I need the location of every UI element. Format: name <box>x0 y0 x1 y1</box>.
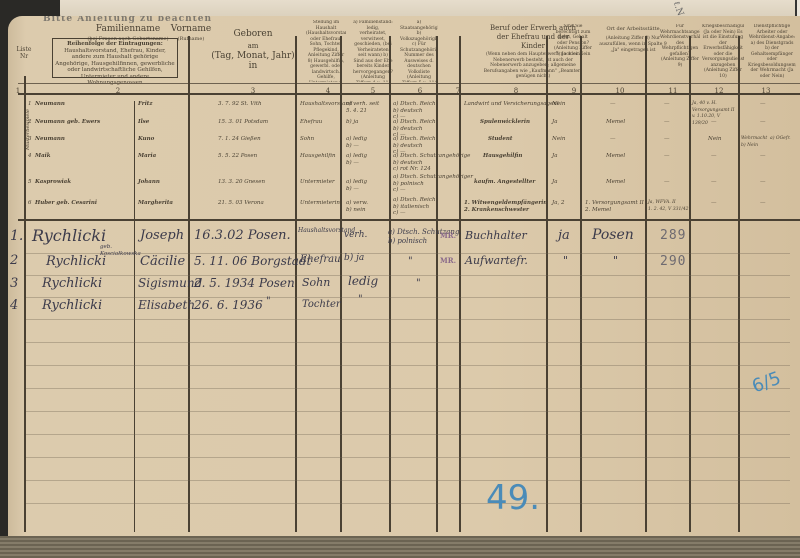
example-c5: b) ja <box>346 119 358 126</box>
header-divider <box>18 83 800 84</box>
ruled-line <box>26 457 790 458</box>
entry-role: Haushaltsvorstand <box>298 227 340 234</box>
header-geboren-in: in <box>223 61 283 72</box>
example-c8: Spulenwicklerin <box>480 119 530 126</box>
example-first: Ilse <box>138 119 149 126</box>
ruled-line <box>26 411 790 412</box>
example-c10: Memel <box>606 179 625 186</box>
entry-c5: verh. <box>344 230 367 240</box>
example-c11: — <box>664 119 670 126</box>
example-role: Ehefrau <box>300 119 322 126</box>
example-c9: Ja <box>552 179 557 186</box>
example-c10: — <box>610 136 616 143</box>
example-surname: Maik <box>35 153 51 160</box>
ruled-line <box>26 342 790 343</box>
entry-c9: " <box>563 254 568 267</box>
header-vorname-sub: (Rufname) <box>166 36 216 43</box>
entry-first: Joseph <box>140 228 184 243</box>
example-born: 13. 3. 20 Gnesen <box>218 179 265 186</box>
example-c9: Ja, 2 <box>552 200 564 207</box>
examples-side-label: Musterbeispiele <box>25 109 31 150</box>
entry-c5: b) ja <box>344 253 364 263</box>
entry-c9: ja <box>558 228 570 243</box>
header-lohn: Sind Sie berechtigt zum Lohn, Gehalt ode… <box>553 24 593 79</box>
entry-born-ditto: " <box>266 296 271 307</box>
example-c5: a) ledig b) — <box>346 179 367 192</box>
example-c10: Memel <box>606 119 625 126</box>
example-c5: a) verh. seit 5. 4. 21 <box>346 101 379 114</box>
example-c11: — <box>664 179 670 186</box>
colnum-11: 11 <box>663 87 683 95</box>
example-c9: Ja <box>552 153 557 160</box>
entry-nr: 2 <box>10 253 18 268</box>
page-number-mark: 49. <box>486 478 540 518</box>
example-first: Margherita <box>138 200 173 207</box>
example-c11: Ja, WFVA. II 1. 2. 42, V 331/42 <box>648 200 689 213</box>
example-role: Haushaltsvorstand <box>300 101 352 108</box>
entry-surname: Rychlicki <box>42 298 102 313</box>
example-c9: Nein <box>552 136 565 143</box>
header-wehrmacht: Für Wehrmachtsangehörige: Wehrdienstverh… <box>660 24 700 79</box>
example-c10: — <box>610 101 616 108</box>
example-c11: — <box>664 101 670 108</box>
entry-surname: Rychlicki <box>32 226 106 245</box>
example-c8: Landwirt und Versicherungsagent <box>464 101 559 108</box>
entry-c10: " <box>613 254 618 267</box>
colnum-12: 12 <box>709 87 729 95</box>
colnum-10: 10 <box>610 87 630 95</box>
margin-pencil-mark: 6/5 <box>749 368 783 398</box>
example-c10: 1. Versorgungsamt II 2. Memel <box>585 200 644 213</box>
example-c6: a) Dtsch. Reich b) deutsch c) — <box>393 101 436 121</box>
entry-nr: 4 <box>10 298 18 313</box>
example-c13: — <box>760 153 766 160</box>
example-role: Untermieterin <box>300 200 340 207</box>
example-role: Untermieter <box>300 179 335 186</box>
example-first: Fritz <box>138 101 152 108</box>
ruled-line <box>26 503 790 504</box>
header-vorname: Vorname <box>166 24 216 35</box>
example-born: 5. 5. 22 Posen <box>218 153 257 160</box>
example-nr: 5 <box>28 179 32 186</box>
example-c9: Nein <box>552 101 565 108</box>
example-surname: Neumann geb. Ewers <box>35 119 100 126</box>
entry-c5: " <box>358 294 363 305</box>
entry-surname: Rychlicki <box>42 276 102 291</box>
example-c13: — <box>760 119 766 126</box>
entry-role: Sohn <box>302 276 330 289</box>
colnum-7: 7 <box>448 87 468 95</box>
entry-born: 2. 5. 1934 Posen <box>194 276 295 290</box>
page-stack-edge <box>0 536 800 558</box>
title-strip: Bitte Anleitung zu beachten <box>43 16 212 24</box>
example-c5: a) verw. b) nein <box>346 200 368 213</box>
entry-mr-stamp: MR. <box>440 256 456 265</box>
entry-born: 26. 6. 1936 <box>194 298 263 312</box>
census-register-page: Bitte Anleitung zu beachten Liste Nr Fam… <box>8 16 800 542</box>
example-c6: a) Dtsch. Schutzangehöriger b) polnisch … <box>393 174 473 194</box>
example-role: Hausgehilfin <box>300 153 336 160</box>
header-order-box: Reihenfolge der Eintragungen: Haushaltsv… <box>52 38 178 78</box>
entry-first: Elisabeth <box>138 298 195 312</box>
example-c11: — <box>664 136 670 143</box>
example-c8: 1. Witwengeldempfängerin 2. Krankenschwe… <box>464 200 547 213</box>
example-c5: a) ledig b) — <box>346 136 367 149</box>
entry-c5: ledig <box>348 274 378 288</box>
example-role: Sohn <box>300 136 314 143</box>
example-c10: Memel <box>606 153 625 160</box>
header-dienstpflicht: Dienstpflichtige Arbeiter oder Wehrdiens… <box>748 24 796 79</box>
colnum-13: 13 <box>756 87 776 95</box>
ruled-line <box>26 388 790 389</box>
header-liste-nr: Liste Nr <box>14 46 34 60</box>
example-c13: — <box>760 179 766 186</box>
example-c13: — <box>760 101 766 108</box>
entry-stamp-number: 290 <box>660 254 686 269</box>
example-c6: a) Dtsch. Reich b) italienisch c) — <box>393 197 436 217</box>
examples-divider <box>18 219 800 221</box>
header-arbeitsstaette: Ort der Arbeitsstätte <box>598 26 668 33</box>
example-nr: 3 <box>28 136 32 143</box>
header-geboren: Geboren <box>223 29 283 40</box>
example-nr: 1 <box>28 101 32 108</box>
example-c13: Wehrmacht a) OGefr. b) Nein <box>741 136 791 149</box>
example-first: Kuno <box>138 136 154 143</box>
entry-nr: 1. <box>10 228 23 244</box>
example-born: 15. 3. 01 Potsdam <box>218 119 268 126</box>
example-c8: Student <box>488 136 512 143</box>
entry-c8: Buchhalter <box>465 229 527 242</box>
colnum-5: 5 <box>363 87 383 95</box>
example-c12: — <box>711 153 717 160</box>
entry-c6: " <box>408 256 413 267</box>
order-box-text: Haushaltsvorstand, Ehefrau, Kinder, ande… <box>55 48 175 87</box>
example-c11: — <box>664 153 670 160</box>
example-c8: Hausgehilfin <box>483 153 522 160</box>
example-surname: Kasprowiak <box>35 179 71 186</box>
entry-c6: " <box>416 278 421 289</box>
example-c6: a) Dtsch. Schutzangehörige b) deutsch c)… <box>393 153 470 173</box>
ruled-line <box>26 365 790 366</box>
colnum-3: 3 <box>243 87 263 95</box>
colnum-8: 8 <box>506 87 526 95</box>
example-surname: Neumann <box>35 101 65 108</box>
example-nr: 6 <box>28 200 32 207</box>
ruled-line <box>26 434 790 435</box>
entry-born: 5. 11. 06 Borgstadt <box>194 254 311 268</box>
example-c9: Ja <box>552 119 557 126</box>
example-born: 7. 1. 24 Gießen <box>218 136 261 143</box>
example-first: Johann <box>138 179 160 186</box>
colnum-2: 2 <box>108 87 128 95</box>
example-c12: — <box>711 179 717 186</box>
example-nr: 2 <box>28 119 32 126</box>
entry-c8: Aufwartefr. <box>465 254 528 267</box>
col-line <box>134 101 135 532</box>
entry-surname: Rychlicki <box>46 254 106 269</box>
entry-first: Cäcilie <box>140 254 185 269</box>
colnum-4: 4 <box>318 87 338 95</box>
example-born: 21. 5. 03 Verona <box>218 200 264 207</box>
entry-mr-stamp: MR. <box>440 231 456 240</box>
order-box-title: Reihenfolge der Eintragungen: <box>55 41 175 48</box>
example-born: 3. 7. 92 St. Vith <box>218 101 262 108</box>
example-surname: Neumann <box>35 136 65 143</box>
example-nr: 4 <box>28 153 32 160</box>
entry-stamp-number: 289 <box>660 228 686 243</box>
example-c8: kaufm. Angestellter <box>474 179 535 186</box>
entry-role: Tochter <box>302 299 341 310</box>
example-c12: — <box>711 119 717 126</box>
entry-surname-note: geb. Kosciałkowska <box>100 244 136 258</box>
colnum-6: 6 <box>410 87 430 95</box>
example-c5: a) ledig b) — <box>346 153 367 166</box>
header-staatsangehoerigkeit: a) Staatsangehörigkeit b) Volkszugehörig… <box>400 20 438 82</box>
example-first: Maria <box>138 153 156 160</box>
entry-role: Ehefrau <box>300 254 341 265</box>
entry-c10: Posen <box>592 227 634 243</box>
example-c13: — <box>760 200 766 207</box>
example-surname: Huber geb. Cesarini <box>35 200 97 207</box>
header-arbeitsstaette-sub: (Anleitung Ziffer 8) Nur auszufüllen, we… <box>598 36 668 54</box>
example-c12: — <box>711 200 717 207</box>
ruled-line <box>26 480 790 481</box>
ruled-line <box>26 319 790 320</box>
entry-nr: 3 <box>10 276 18 291</box>
header-familienstand: a) Familienstand: ledig, verheiratet, ve… <box>353 20 393 82</box>
entry-born: 16.3.02 Posen. <box>194 228 291 243</box>
entry-first: Sigismund <box>138 276 202 290</box>
example-c12: Nein <box>708 136 721 143</box>
